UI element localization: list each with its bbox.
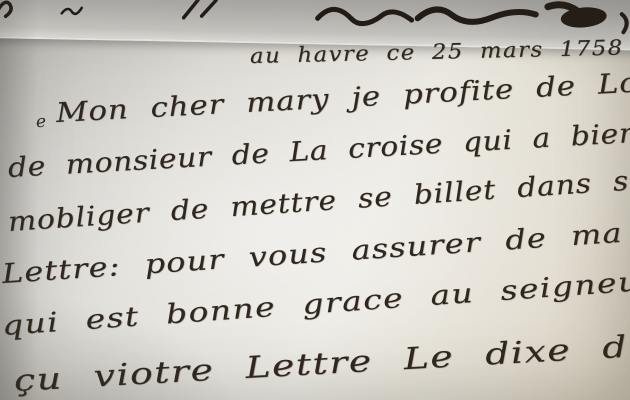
letter-line-1: Mon cher mary je profite de Locasion [55,62,630,129]
letter-photograph: au havre ce 25 mars 1758 e Mon cher mary… [0,0,630,400]
lead-flourish-mark: e [35,112,46,132]
